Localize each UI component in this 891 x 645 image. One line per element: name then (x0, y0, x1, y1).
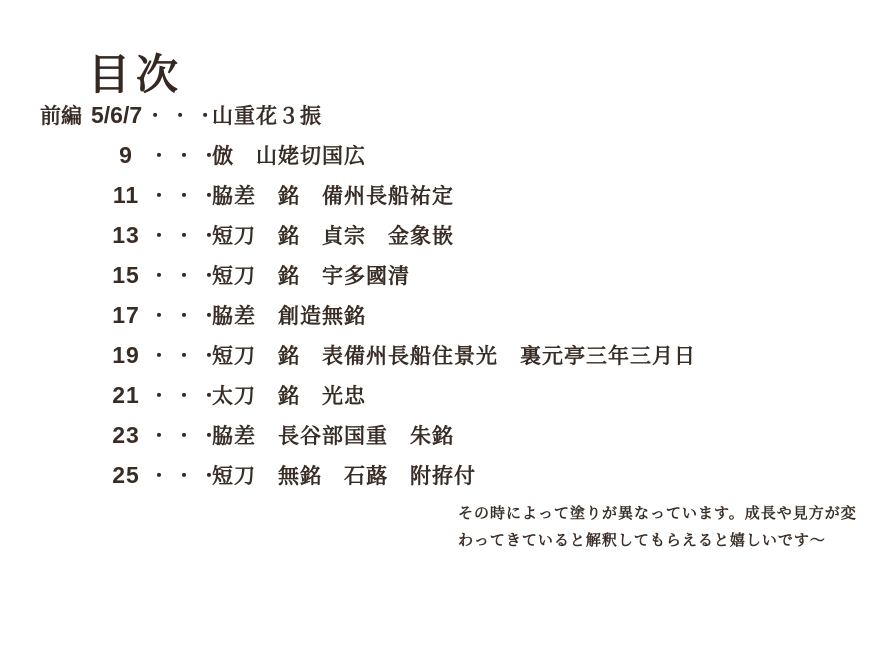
toc-row-lead: 11 ・・・ (40, 182, 212, 209)
dots-leader: ・・・ (150, 222, 212, 248)
page-number: 15 (102, 262, 150, 289)
entry-title: 脇差 長谷部国重 朱銘 (212, 420, 454, 450)
entry-title: 脇差 創造無銘 (212, 300, 366, 330)
page-number: 11 (102, 182, 150, 209)
entry-title: 短刀 銘 貞宗 金象嵌 (212, 220, 454, 250)
dots-leader: ・・・ (146, 102, 221, 128)
front-section-label: 前編 (40, 100, 82, 130)
toc-list: 前編 5/6/7 ・・・ 山重花３振 9 ・・・ 倣 山姥切国広 11 ・・・ … (40, 95, 860, 495)
entry-title: 太刀 銘 光忠 (212, 380, 366, 410)
toc-row-lead: 21 ・・・ (40, 382, 212, 409)
page-number: 23 (102, 422, 150, 449)
dots-leader: ・・・ (150, 142, 212, 168)
page-number: 17 (102, 302, 150, 329)
toc-row: 25 ・・・ 短刀 無銘 石蕗 附拵付 (40, 455, 860, 495)
toc-row-lead: 25 ・・・ (40, 462, 212, 489)
entry-title: 短刀 銘 宇多國清 (212, 260, 410, 290)
page-number: 25 (102, 462, 150, 489)
footnote: その時によって塗りが異なっています。成長や見方が変 わってきていると解釈してもら… (458, 500, 857, 554)
toc-row: 15 ・・・ 短刀 銘 宇多國清 (40, 255, 860, 295)
toc-row-lead: 13 ・・・ (40, 222, 212, 249)
dots-leader: ・・・ (150, 462, 212, 488)
footnote-line: その時によって塗りが異なっています。成長や見方が変 (458, 500, 857, 527)
page-title: 目次 (88, 42, 184, 102)
dots-leader: ・・・ (150, 302, 212, 328)
dots-leader: ・・・ (150, 382, 212, 408)
toc-row: 19 ・・・ 短刀 銘 表備州長船住景光 裏元亭三年三月日 (40, 335, 860, 375)
entry-title: 山重花３振 (212, 100, 322, 130)
entry-title: 倣 山姥切国広 (212, 140, 366, 170)
toc-row: 23 ・・・ 脇差 長谷部国重 朱銘 (40, 415, 860, 455)
toc-row-lead: 19 ・・・ (40, 342, 212, 369)
entry-title: 脇差 銘 備州長船祐定 (212, 180, 454, 210)
entry-title: 短刀 無銘 石蕗 附拵付 (212, 460, 476, 490)
toc-row-lead: 15 ・・・ (40, 262, 212, 289)
footnote-line: わってきていると解釈してもらえると嬉しいです～ (458, 527, 857, 554)
toc-row: 9 ・・・ 倣 山姥切国広 (40, 135, 860, 175)
page-number: 19 (102, 342, 150, 369)
toc-row-lead: 9 ・・・ (40, 142, 212, 169)
dots-leader: ・・・ (150, 182, 212, 208)
toc-row-lead: 17 ・・・ (40, 302, 212, 329)
dots-leader: ・・・ (150, 342, 212, 368)
page-number: 5/6/7 (91, 102, 142, 129)
toc-row-lead: 23 ・・・ (40, 422, 212, 449)
toc-row: 11 ・・・ 脇差 銘 備州長船祐定 (40, 175, 860, 215)
page-number: 21 (102, 382, 150, 409)
page-number: 9 (102, 142, 150, 169)
toc-row: 17 ・・・ 脇差 創造無銘 (40, 295, 860, 335)
toc-page: 目次 前編 5/6/7 ・・・ 山重花３振 9 ・・・ 倣 山姥切国広 11 ・… (0, 0, 891, 645)
toc-row: 13 ・・・ 短刀 銘 貞宗 金象嵌 (40, 215, 860, 255)
dots-leader: ・・・ (150, 422, 212, 448)
dots-leader: ・・・ (150, 262, 212, 288)
toc-row: 21 ・・・ 太刀 銘 光忠 (40, 375, 860, 415)
entry-title: 短刀 銘 表備州長船住景光 裏元亭三年三月日 (212, 340, 696, 370)
toc-row-front: 前編 5/6/7 ・・・ 山重花３振 (40, 95, 860, 135)
toc-row-lead: 前編 5/6/7 ・・・ (40, 100, 212, 130)
page-number: 13 (102, 222, 150, 249)
